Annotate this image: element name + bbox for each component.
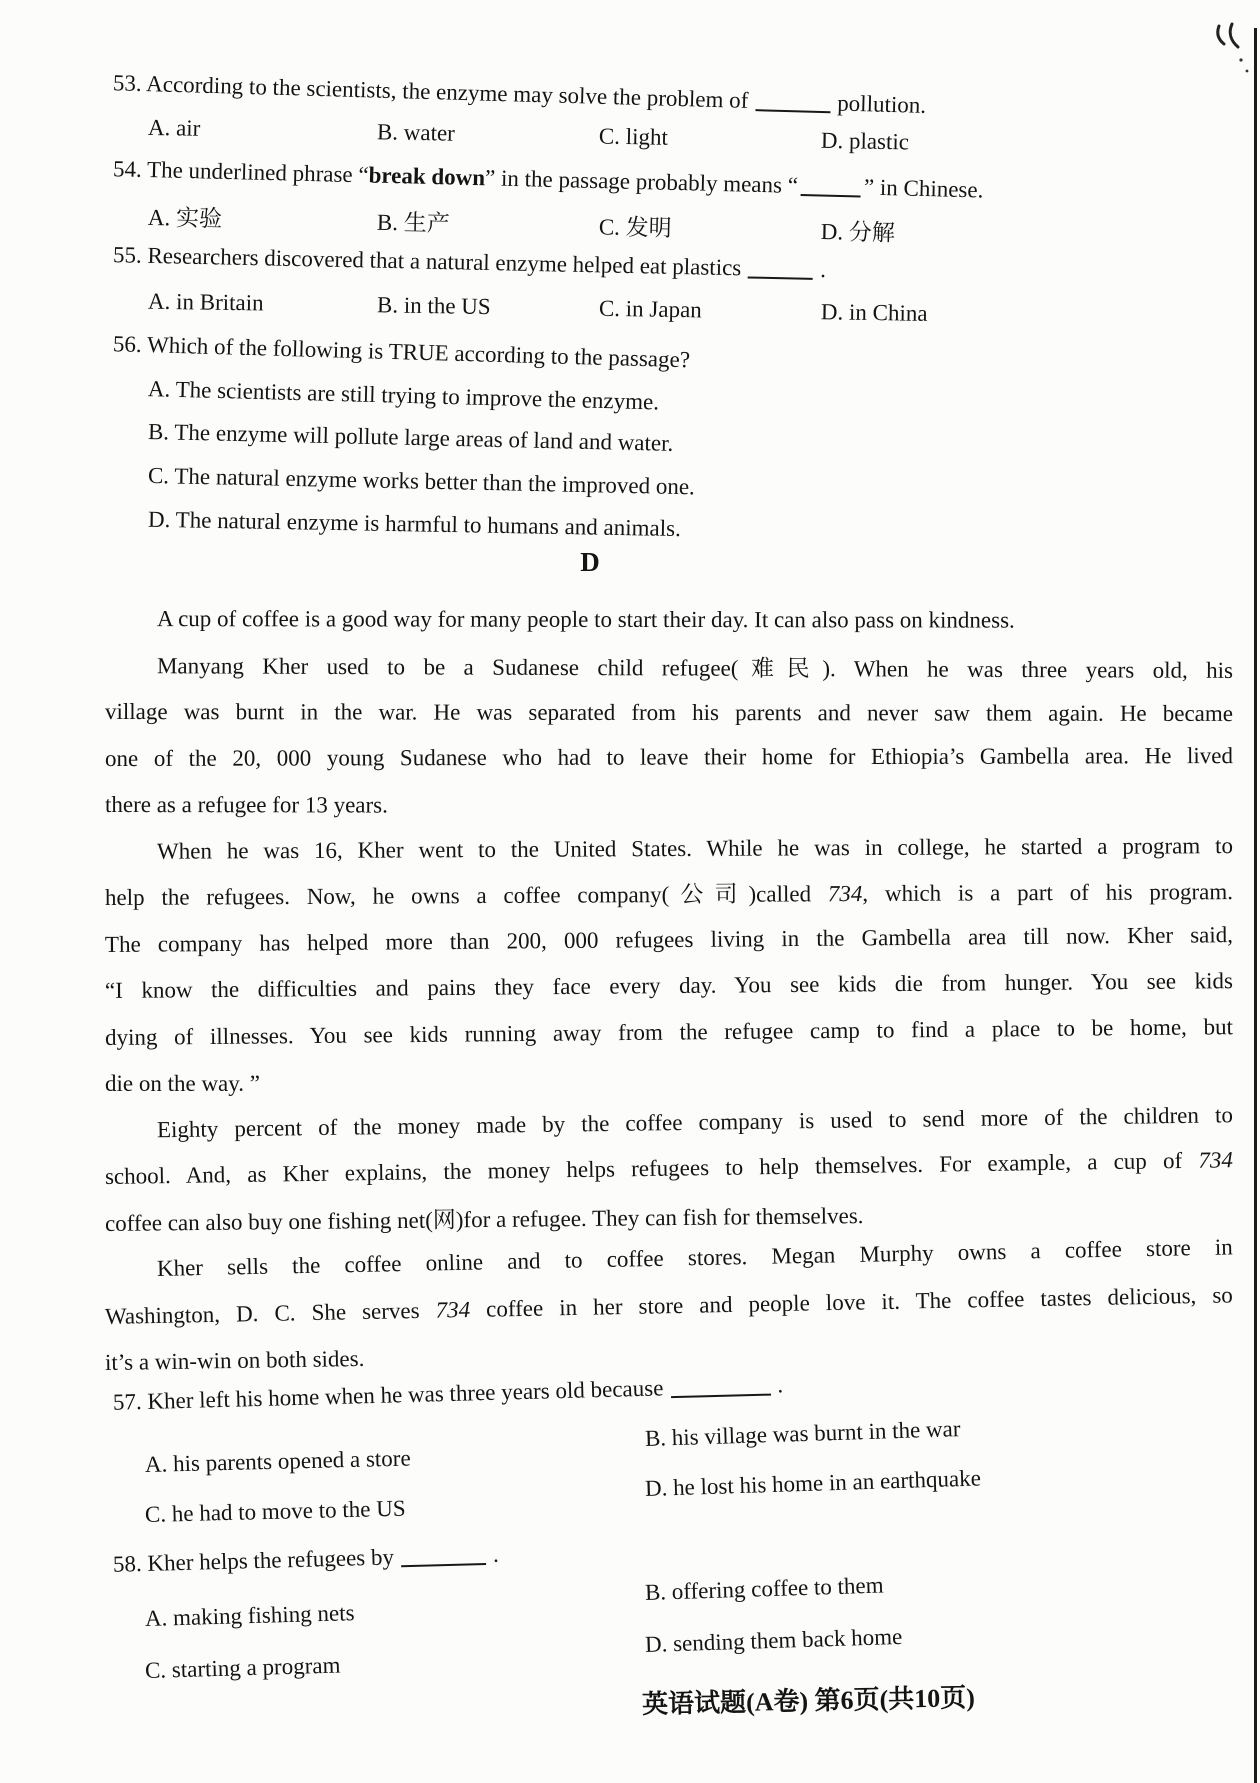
question-54-underlined-phrase: break down xyxy=(368,162,485,190)
option-55-c: C. in Japan xyxy=(599,296,821,325)
option-58-c: C. starting a program xyxy=(145,1653,341,1684)
passage-text: there as a refugee for 13 years. xyxy=(105,792,388,817)
option-56-c: C. The natural enzyme works better than … xyxy=(105,462,1260,513)
option-54-a: A. 实验 xyxy=(148,199,378,237)
passage-text: coffee in her store and people love it. … xyxy=(470,1282,1233,1322)
passage-text: coffee can also buy one fishing net(网)fo… xyxy=(105,1203,864,1236)
question-55-text: 55. Researchers discovered that a natura… xyxy=(113,242,742,280)
passage-line: one of the 20, 000 young Sudanese who ha… xyxy=(105,733,1233,782)
question-55-options: A. in Britain B. in the US C. in Japan D… xyxy=(105,288,1260,332)
passage-text: school. And, as Kher explains, the money… xyxy=(105,1148,1199,1189)
option-57-d: D. he lost his home in an earthquake xyxy=(645,1465,982,1502)
option-57-b: B. his village was burnt in the war xyxy=(645,1416,961,1452)
passage-text: die on the way. ” xyxy=(105,1071,260,1096)
option-53-c: C. light xyxy=(599,123,821,153)
option-57-a: A. his parents opened a store xyxy=(145,1446,411,1478)
passage-section-heading: D xyxy=(560,547,620,578)
question-54-text: 54. The underlined phrase “ xyxy=(113,156,369,187)
question-58-text: 58. Kher helps the refugees by xyxy=(113,1544,395,1576)
passage-text: one of the 20, 000 young Sudanese who ha… xyxy=(105,743,1233,771)
passage-company-name: 734 xyxy=(435,1296,470,1322)
question-55-text-post: . xyxy=(820,257,826,282)
passage-text: A cup of coffee is a good way for many p… xyxy=(157,606,1015,632)
option-57-c: C. he had to move to the US xyxy=(145,1496,406,1528)
passage-line: When he was 16, Kher went to the United … xyxy=(105,823,1233,875)
question-58-text-post: . xyxy=(493,1542,499,1567)
passage-text: , which is a part of his program. xyxy=(862,879,1233,906)
option-55-b: B. in the US xyxy=(377,292,599,321)
option-58-b: B. offering coffee to them xyxy=(645,1573,884,1606)
question-58-answer-blank xyxy=(401,1558,486,1567)
option-56-d: D. The natural enzyme is harmful to huma… xyxy=(105,506,1260,552)
question-54-text-mid: ” in the passage probably means “ xyxy=(485,165,798,198)
question-55-answer-blank xyxy=(748,271,813,279)
passage-text: The company has helped more than 200, 00… xyxy=(105,922,1233,957)
passage-company-name: 734 xyxy=(1198,1147,1233,1173)
question-54-answer-blank xyxy=(801,189,861,197)
question-58-stem: 58. Kher helps the refugees by. xyxy=(105,1522,1241,1578)
question-56-text: 56. Which of the following is TRUE accor… xyxy=(113,331,691,372)
page-footer: 英语试题(A卷) 第6页(共10页) xyxy=(642,1677,976,1721)
option-58-a: A. making fishing nets xyxy=(145,1600,355,1632)
question-53-text-post: pollution. xyxy=(837,90,926,117)
question-57-answer-blank xyxy=(670,1389,770,1399)
passage-text: it’s a win-win on both sides. xyxy=(105,1346,365,1375)
option-54-b: B. 生产 xyxy=(377,204,600,242)
passage-text: village was burnt in the war. He was sep… xyxy=(105,699,1233,726)
passage-text: When he was 16, Kher went to the United … xyxy=(157,833,1233,864)
option-58-d: D. sending them back home xyxy=(645,1624,903,1658)
option-55-d: D. in China xyxy=(821,299,1260,332)
option-53-b: B. water xyxy=(377,119,599,149)
option-54-c: C. 发明 xyxy=(599,208,822,246)
question-57-text-post: . xyxy=(777,1372,783,1397)
option-53-d: D. plastic xyxy=(821,128,1260,163)
passage-line: A cup of coffee is a good way for many p… xyxy=(105,596,1233,644)
passage-text: dying of illnesses. You see kids running… xyxy=(105,1014,1233,1050)
scanned-exam-page: { "questions": { "q53": { "stem_pre": "5… xyxy=(0,0,1260,1783)
pen-scribble-icon xyxy=(1212,22,1254,85)
question-53-answer-blank xyxy=(755,104,830,113)
passage-text: Manyang Kher used to be a Sudanese child… xyxy=(157,653,1233,683)
scan-edge-line xyxy=(1254,28,1257,1783)
passage-company-name: 734 xyxy=(828,881,863,906)
passage-text: Eighty percent of the money made by the … xyxy=(157,1102,1233,1142)
passage-text: Washington, D. C. She serves xyxy=(105,1297,436,1328)
question-53-text: 53. According to the scientists, the enz… xyxy=(113,70,749,113)
question-54-text-post: ” in Chinese. xyxy=(864,175,984,203)
passage-text: help the refugees. Now, he owns a coffee… xyxy=(105,881,828,910)
option-55-a: A. in Britain xyxy=(148,289,377,319)
option-53-a: A. air xyxy=(148,115,377,145)
reading-passage: A cup of coffee is a good way for many p… xyxy=(105,596,1233,1387)
passage-line: Manyang Kher used to be a Sudanese child… xyxy=(105,643,1233,694)
option-54-d: D. 分解 xyxy=(820,213,1260,256)
passage-text: “I know the difficulties and pains they … xyxy=(105,968,1233,1003)
passage-line: village was burnt in the war. He was sep… xyxy=(105,689,1233,737)
